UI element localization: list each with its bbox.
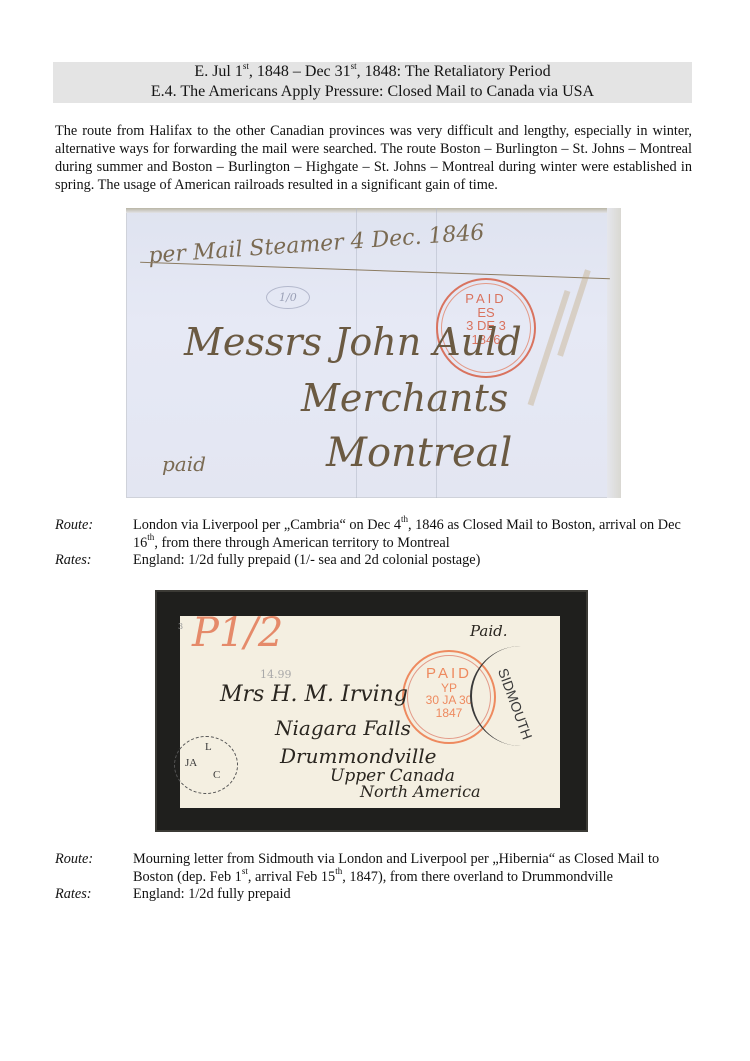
postmark-text: SIDMOUTH	[495, 666, 536, 742]
handwriting-north-america: North America	[360, 782, 481, 801]
handwriting-steamer-line: per Mail Steamer 4 Dec. 1846	[148, 220, 486, 268]
title-part: E. Jul 1	[194, 63, 242, 80]
text-part: London via Liverpool per „Cambria“ on De…	[133, 517, 401, 533]
cover-image-mourning-letter: 3 P1/2 Paid. 14.99 PAID YP 30 JA 30 1847…	[155, 590, 588, 832]
mark-text: C	[213, 769, 220, 781]
paper-edge	[607, 208, 621, 498]
rates-label: Rates:	[55, 552, 133, 570]
section-title: E. Jul 1st, 1848 – Dec 31st, 1848: The R…	[53, 62, 692, 82]
superscript: st	[242, 866, 248, 876]
mourning-cover-face: 3 P1/2 Paid. 14.99 PAID YP 30 JA 30 1847…	[180, 616, 560, 808]
postmark-text: ES	[438, 306, 534, 320]
route-row: Route: Mourning letter from Sidmouth via…	[55, 851, 695, 886]
title-part: , 1848 – Dec 31	[249, 63, 351, 80]
text-part: , arrival Feb 15	[248, 869, 335, 885]
subsection-title: E.4. The Americans Apply Pressure: Close…	[53, 82, 692, 102]
paper-edge	[126, 208, 621, 213]
pencil-note: 1/0	[266, 286, 310, 309]
text-part: , 1847), from there overland to Drummond…	[342, 869, 613, 885]
mark-text: JA	[185, 757, 197, 769]
route-label: Route:	[55, 517, 133, 552]
intro-paragraph: The route from Halifax to the other Cana…	[55, 122, 692, 194]
superscript: th	[401, 514, 408, 524]
rates-text: England: 1/2d fully prepaid (1/- sea and…	[133, 552, 695, 570]
title-part: , 1848: The Retaliatory Period	[357, 63, 551, 80]
handwriting-merchants: Merchants	[301, 376, 508, 420]
rate-marking-red: P1/2	[192, 610, 283, 656]
pencil-note: 14.99	[260, 668, 292, 681]
text-part: , from there through American territory …	[154, 535, 449, 551]
underline-stroke	[140, 262, 610, 279]
route-row: Route: London via Liverpool per „Cambria…	[55, 517, 695, 552]
rates-row: Rates: England: 1/2d fully prepaid (1/- …	[55, 552, 695, 570]
rates-row: Rates: England: 1/2d fully prepaid	[55, 886, 695, 904]
handwriting-niagara: Niagara Falls	[275, 716, 411, 740]
page-header: E. Jul 1st, 1848 – Dec 31st, 1848: The R…	[53, 62, 692, 103]
superscript: th	[335, 866, 342, 876]
superscript: st	[243, 61, 249, 71]
oval-transit-mark: JA L C	[174, 736, 238, 794]
superscript: th	[147, 532, 154, 542]
rates-text: England: 1/2d fully prepaid	[133, 886, 695, 904]
handwriting-paid: Paid.	[470, 622, 508, 640]
route-label: Route:	[55, 851, 133, 886]
handwriting-drummondville: Drummondville	[280, 744, 436, 768]
handwriting-montreal: Montreal	[326, 430, 512, 476]
mark-text: L	[205, 741, 212, 753]
superscript: st	[351, 61, 357, 71]
postmark-text: PAID	[438, 292, 534, 306]
handwriting-paid: paid	[162, 452, 206, 476]
corner-number: 3	[178, 622, 183, 631]
cover-image-cambria-letter: per Mail Steamer 4 Dec. 1846 1/0 PAID ES…	[126, 208, 621, 498]
rates-label: Rates:	[55, 886, 133, 904]
route-text: London via Liverpool per „Cambria“ on De…	[133, 517, 695, 552]
cover-2-caption: Route: Mourning letter from Sidmouth via…	[55, 851, 695, 904]
handwriting-addressee: Mrs H. M. Irving	[220, 682, 408, 707]
sidmouth-postmark: SIDMOUTH	[470, 646, 572, 746]
handwriting-addressee: Messrs John Auld	[184, 320, 522, 364]
route-text: Mourning letter from Sidmouth via London…	[133, 851, 695, 886]
cover-1-caption: Route: London via Liverpool per „Cambria…	[55, 517, 695, 570]
